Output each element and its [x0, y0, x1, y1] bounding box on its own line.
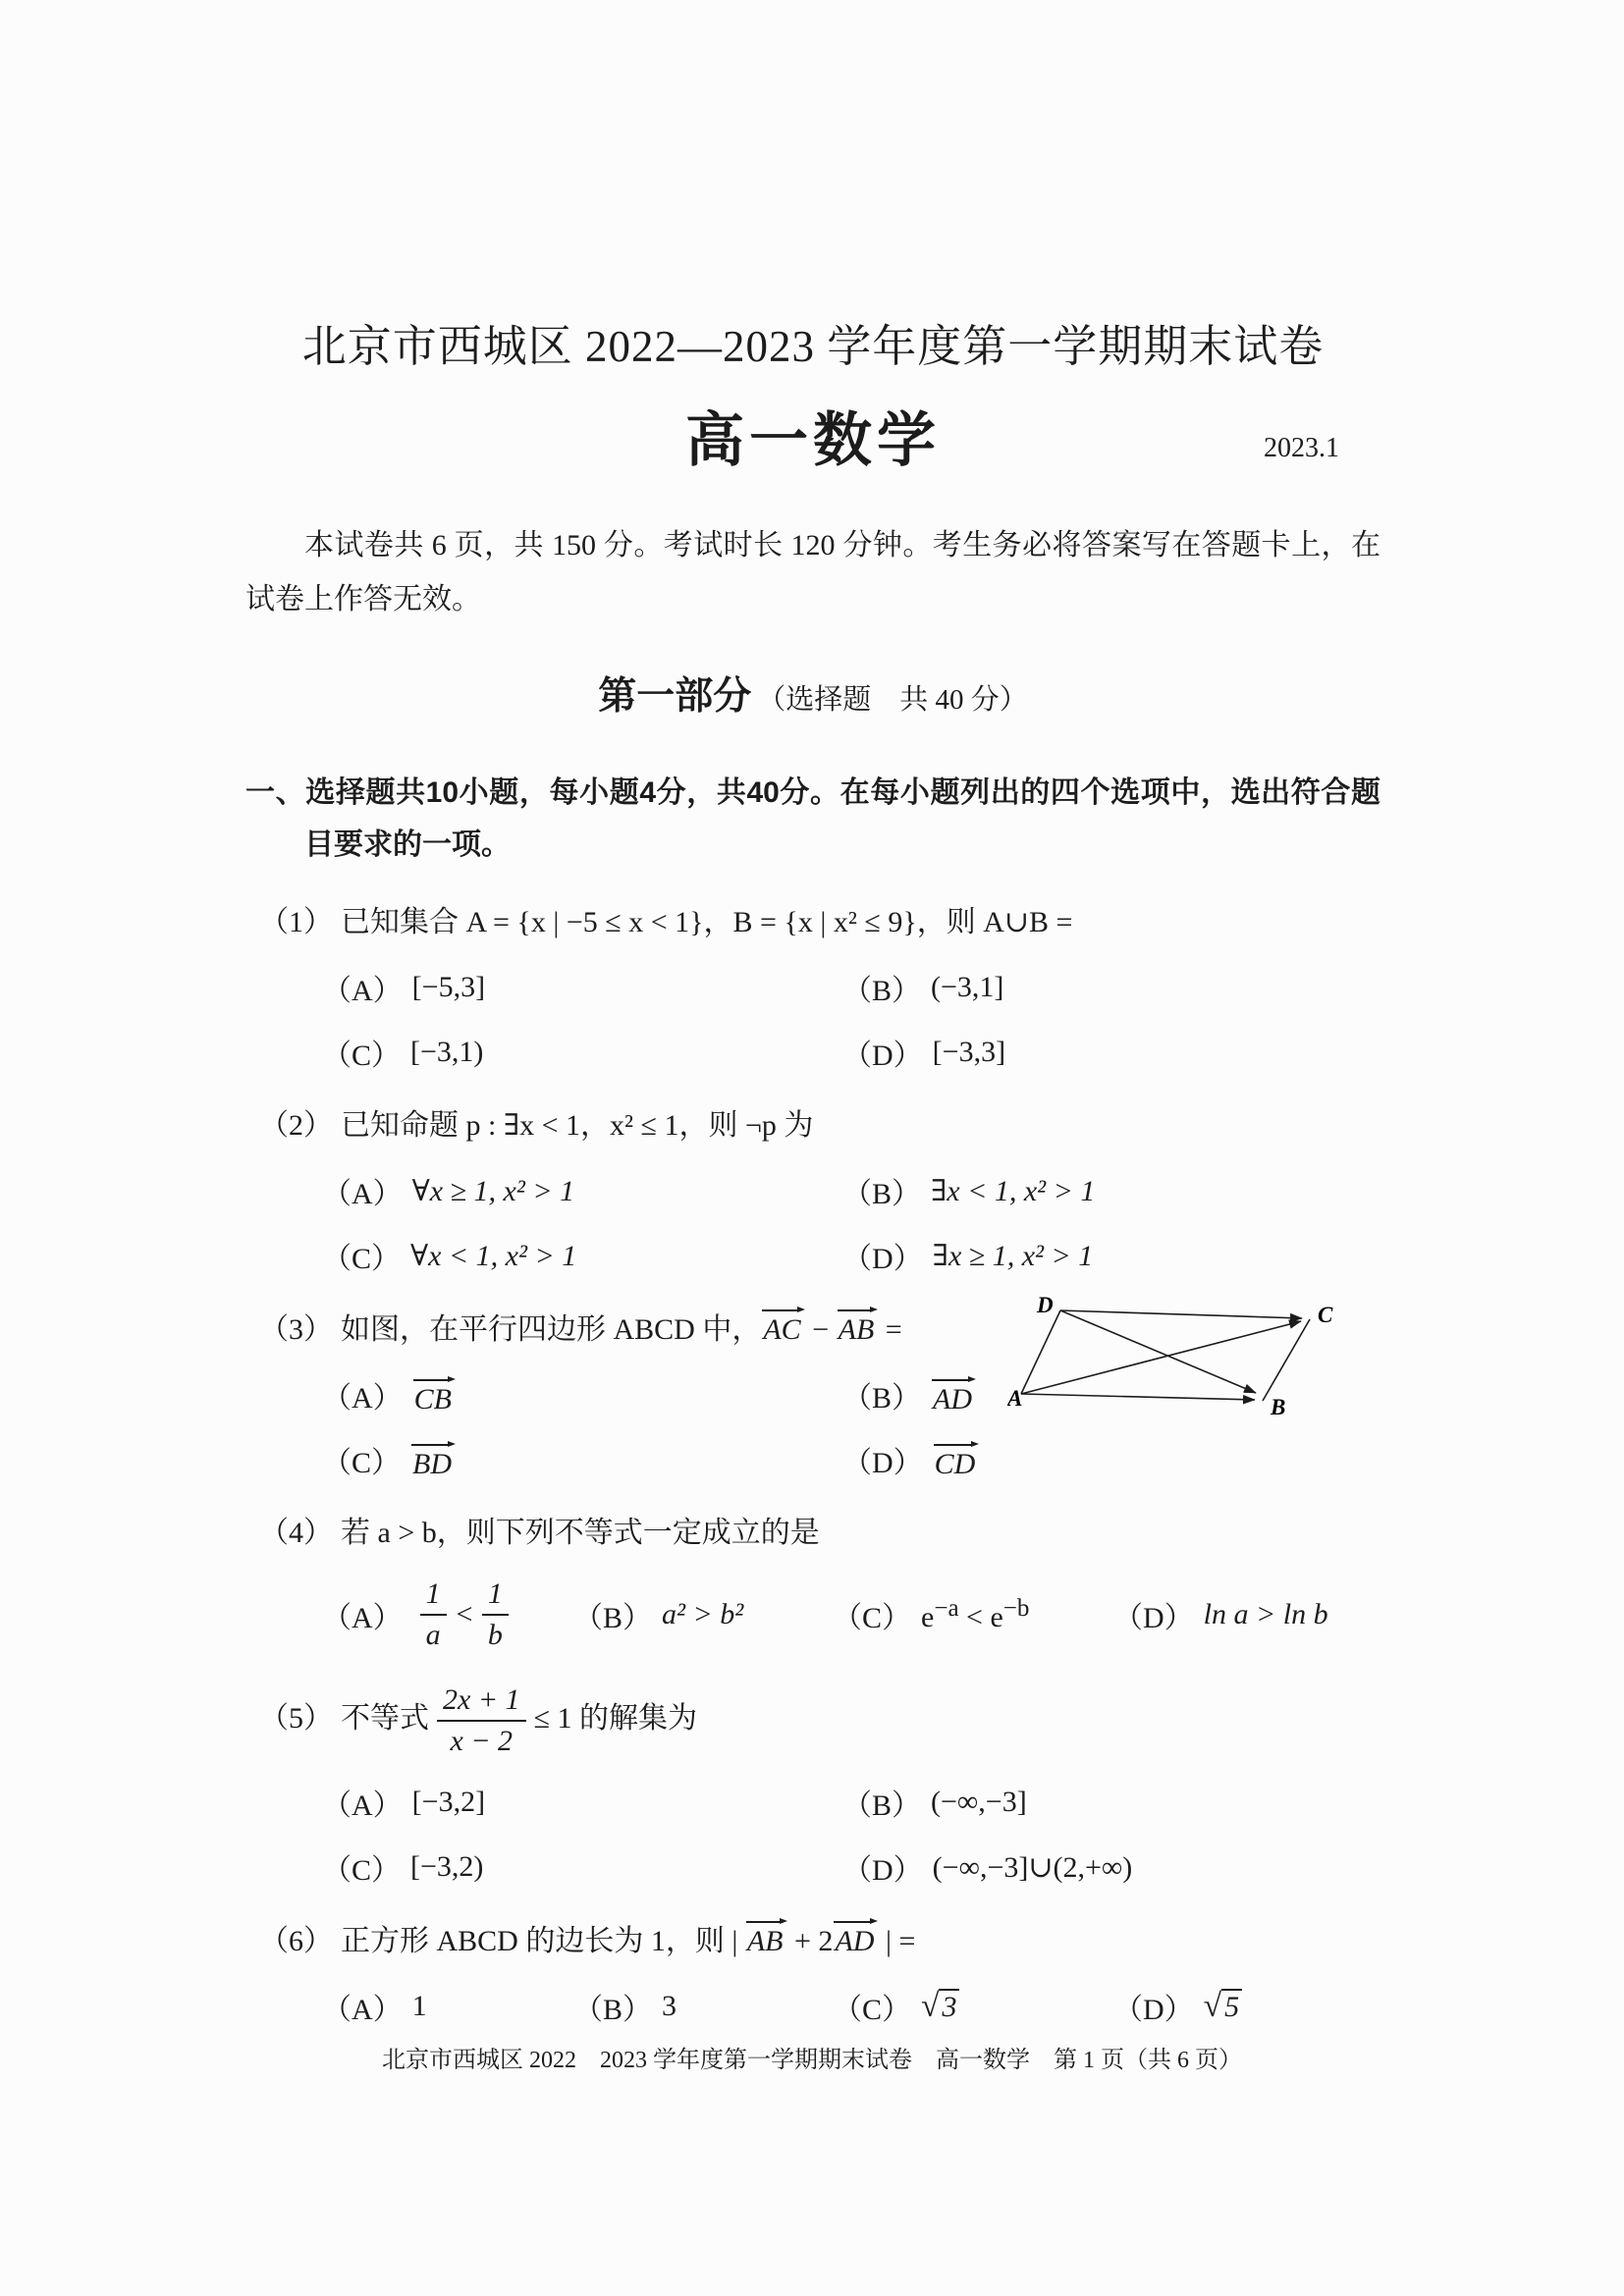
q3-option-c: （C）BD — [322, 1438, 842, 1481]
q5-option-d-value: (−∞,−3]∪(2,+∞) — [933, 1850, 1133, 1885]
less-than-sign: < — [455, 1598, 474, 1631]
section-subtitle: （选择题 共 40 分） — [757, 684, 1028, 716]
q2-option-b-value: ∃x < 1, x² > 1 — [931, 1174, 1095, 1208]
q3-option-a: （A）CB — [322, 1373, 842, 1416]
edge-AD — [1021, 1310, 1060, 1394]
question-6-text-mid: + 2 — [787, 1925, 834, 1957]
question-3: （3）如图，在平行四边形 ABCD 中，AC − AB = A B — [245, 1307, 1380, 1481]
question-6-text-pre: 正方形 ABCD 的边长为 1，则 | — [341, 1925, 745, 1957]
q2-option-b: （B）∃x < 1, x² > 1 — [842, 1169, 1363, 1212]
label-D: D — [1036, 1293, 1054, 1317]
question-1-number: （1） — [259, 906, 333, 938]
q2-option-b-label: （B） — [842, 1169, 921, 1212]
question-2-options: （A）∀x ≥ 1, x² > 1 （B）∃x < 1, x² > 1 （C）∀… — [259, 1148, 1380, 1277]
q2-option-d: （D）∃x ≥ 1, x² > 1 — [842, 1234, 1363, 1277]
q6-option-a-value: 1 — [412, 1990, 427, 2023]
q5-option-a-label: （A） — [322, 1781, 403, 1824]
q4-option-c-value: e−a < e−b — [921, 1595, 1029, 1634]
instruction-text: 选择题共10小题，每小题4分，共40分。在每小题列出的四个选项中，选出符合题目要… — [304, 776, 1380, 861]
section-title: 第一部分 — [598, 675, 751, 718]
q4-option-b-value: a² > b² — [662, 1598, 743, 1631]
q2-option-c-label: （C） — [322, 1234, 401, 1277]
vector-AB: AB — [837, 1307, 879, 1345]
q5-option-a-value: [−3,2] — [412, 1786, 485, 1819]
edge-BC — [1263, 1319, 1310, 1401]
question-6-stem: （6）正方形 ABCD 的边长为 1，则 | AB + 2AD | = — [259, 1918, 1380, 1963]
q4-option-d-value: ln a > ln b — [1204, 1598, 1328, 1631]
q2-option-a-value: ∀x ≥ 1, x² > 1 — [412, 1174, 574, 1208]
question-5-stem: （5）不等式2x + 1x − 2≤ 1 的解集为 — [259, 1682, 1380, 1759]
q3-option-c-label: （C） — [322, 1438, 401, 1481]
q1-option-c-value: [−3,1) — [410, 1036, 483, 1069]
q5-option-c: （C）[−3,2) — [322, 1845, 842, 1889]
q3-option-d-label: （D） — [842, 1438, 923, 1481]
question-6: （6）正方形 ABCD 的边长为 1，则 | AB + 2AD | = （A）1… — [245, 1918, 1380, 2028]
vector-AC: AC — [761, 1307, 804, 1345]
q6-option-b-label: （B） — [573, 1985, 652, 2028]
q3-option-d: （D）CD — [842, 1438, 1363, 1481]
question-4-stem: （4）若 a > b，则下列不等式一定成立的是 — [259, 1511, 1380, 1555]
question-4: （4）若 a > b，则下列不等式一定成立的是 （A） 1a < 1b （B）a… — [245, 1511, 1380, 1653]
q1-option-d-value: [−3,3] — [933, 1036, 1005, 1069]
question-1-text: 已知集合 A = {x | −5 ≤ x < 1}，B = {x | x² ≤ … — [341, 906, 1072, 938]
q6-option-d-label: （D） — [1113, 1985, 1194, 2028]
exam-subject: 高一数学 — [685, 394, 941, 478]
instruction-label: 一、 — [245, 776, 305, 809]
question-4-options: （A） 1a < 1b （B）a² > b² （C） e−a < e−b （D）… — [259, 1555, 1380, 1653]
q1-option-b-label: （B） — [842, 966, 921, 1009]
vector-CD: CD — [933, 1441, 980, 1479]
q2-option-d-value: ∃x ≥ 1, x² > 1 — [933, 1239, 1094, 1273]
q3-option-a-label: （A） — [322, 1373, 403, 1416]
sqrt-5: √5 — [1204, 1988, 1242, 2025]
exam-date: 2023.1 — [1264, 433, 1339, 464]
edge-DC-arrow — [1060, 1310, 1302, 1318]
exam-notice: 本试卷共 6 页，共 150 分。考试时长 120 分钟。考生务必将答案写在答题… — [245, 519, 1380, 626]
question-4-text: 若 a > b，则下列不等式一定成立的是 — [341, 1517, 820, 1549]
label-B: B — [1270, 1395, 1285, 1418]
equals-sign: = — [878, 1313, 901, 1346]
fraction-1-over-a: 1a — [420, 1576, 447, 1653]
fraction-1-over-b: 1b — [482, 1576, 509, 1653]
section-heading: 第一部分（选择题 共 40 分） — [245, 666, 1380, 721]
question-5: （5）不等式2x + 1x − 2≤ 1 的解集为 （A）[−3,2] （B）(… — [245, 1682, 1380, 1889]
radical-sign: √ — [921, 1988, 939, 2024]
q1-option-d-label: （D） — [842, 1031, 923, 1074]
q4-option-d-label: （D） — [1113, 1593, 1194, 1636]
q2-option-d-label: （D） — [842, 1234, 923, 1277]
question-2-stem: （2）已知命题 p : ∃x < 1，x² ≤ 1，则 ¬p 为 — [259, 1103, 1380, 1148]
q6-option-c-label: （C） — [833, 1985, 911, 2028]
minus-sign: − — [805, 1313, 837, 1346]
q4-option-a: （A） 1a < 1b — [322, 1576, 573, 1653]
part-one-instruction: 一、选择题共10小题，每小题4分，共40分。在每小题列出的四个选项中，选出符合题… — [245, 768, 1380, 871]
parallelogram-figure: A B C D — [1007, 1293, 1345, 1418]
q5-option-d-label: （D） — [842, 1845, 923, 1889]
q3-option-b-label: （B） — [842, 1373, 921, 1416]
q6-option-b-value: 3 — [662, 1990, 677, 2023]
q1-option-b: （B）(−3,1] — [842, 966, 1363, 1009]
q4-option-d: （D）ln a > ln b — [1113, 1593, 1328, 1636]
page-footer: 北京市西城区 2022 2023 学年度第一学期期末试卷 高一数学 第 1 页（… — [0, 2040, 1624, 2074]
label-C: C — [1318, 1303, 1333, 1327]
q5-option-b-value: (−∞,−3] — [931, 1786, 1027, 1819]
edge-AB-arrow — [1021, 1394, 1255, 1400]
q4-option-b: （B）a² > b² — [573, 1593, 833, 1636]
q1-option-a-value: [−5,3] — [412, 971, 485, 1004]
question-2: （2）已知命题 p : ∃x < 1，x² ≤ 1，则 ¬p 为 （A）∀x ≥… — [245, 1103, 1380, 1277]
exam-content: 北京市西城区 2022—2023 学年度第一学期期末试卷 高一数学 2023.1… — [245, 310, 1380, 2028]
question-1-stem: （1）已知集合 A = {x | −5 ≤ x < 1}，B = {x | x²… — [259, 900, 1380, 944]
exam-page: 北京市西城区 2022—2023 学年度第一学期期末试卷 高一数学 2023.1… — [0, 0, 1624, 2296]
q5-option-c-value: [−3,2) — [410, 1850, 483, 1884]
q5-option-b: （B）(−∞,−3] — [842, 1781, 1363, 1824]
question-2-text: 已知命题 p : ∃x < 1，x² ≤ 1，则 ¬p 为 — [341, 1109, 813, 1142]
question-5-number: （5） — [259, 1702, 333, 1735]
q2-option-a: （A）∀x ≥ 1, x² > 1 — [322, 1169, 842, 1212]
q1-option-b-value: (−3,1] — [931, 971, 1003, 1004]
q6-option-a-label: （A） — [322, 1985, 403, 2028]
question-1: （1）已知集合 A = {x | −5 ≤ x < 1}，B = {x | x²… — [245, 900, 1380, 1074]
q6-option-b: （B）3 — [573, 1985, 833, 2028]
q2-option-c: （C）∀x < 1, x² > 1 — [322, 1234, 842, 1277]
q1-option-c-label: （C） — [322, 1031, 401, 1074]
q2-option-a-label: （A） — [322, 1169, 403, 1212]
q6-option-a: （A）1 — [322, 1985, 573, 2028]
label-A: A — [1007, 1386, 1022, 1411]
vector-CB: CB — [412, 1376, 456, 1415]
q4-option-b-label: （B） — [573, 1593, 652, 1636]
q1-option-c: （C）[−3,1) — [322, 1031, 842, 1074]
diagonal-AC-arrow — [1021, 1321, 1301, 1394]
question-4-number: （4） — [259, 1517, 333, 1549]
q5-option-a: （A）[−3,2] — [322, 1781, 842, 1824]
q5-option-d: （D）(−∞,−3]∪(2,+∞) — [842, 1845, 1363, 1889]
q1-option-a: （A）[−5,3] — [322, 966, 842, 1009]
q5-option-c-label: （C） — [322, 1845, 401, 1889]
q6-option-d: （D）√5 — [1113, 1985, 1242, 2028]
question-6-text-post: | = — [878, 1925, 915, 1957]
question-3-text: 如图，在平行四边形 ABCD 中， — [341, 1313, 761, 1346]
vector-AD-q6: AD — [833, 1918, 878, 1956]
q4-option-c: （C） e−a < e−b — [833, 1593, 1113, 1636]
vector-AD: AD — [931, 1376, 976, 1415]
q4-option-c-label: （C） — [833, 1593, 911, 1636]
question-1-options: （A）[−5,3] （B）(−3,1] （C）[−3,1) （D）[−3,3] — [259, 944, 1380, 1074]
vector-AB-q6: AB — [745, 1918, 787, 1956]
radical-sign: √ — [1204, 1988, 1221, 2024]
vector-BD: BD — [410, 1441, 456, 1479]
question-5-options: （A）[−3,2] （B）(−∞,−3] （C）[−3,2) （D）(−∞,−3… — [259, 1759, 1380, 1889]
question-3-number: （3） — [259, 1313, 333, 1346]
sqrt-3: √3 — [921, 1988, 959, 2025]
question-6-options: （A）1 （B）3 （C）√3 （D）√5 — [259, 1963, 1380, 2028]
fraction-2x1-over-x2: 2x + 1x − 2 — [437, 1682, 526, 1759]
question-5-text-post: ≤ 1 的解集为 — [534, 1702, 697, 1735]
subtitle-row: 高一数学 2023.1 — [245, 394, 1380, 468]
page-title: 北京市西城区 2022—2023 学年度第一学期期末试卷 — [245, 310, 1380, 374]
q2-option-c-value: ∀x < 1, x² > 1 — [410, 1239, 576, 1273]
q6-option-c: （C）√3 — [833, 1985, 1113, 2028]
question-6-number: （6） — [259, 1925, 333, 1957]
q4-option-a-label: （A） — [322, 1593, 403, 1636]
diagonal-DB-arrow — [1060, 1310, 1256, 1393]
q5-option-b-label: （B） — [842, 1781, 921, 1824]
q1-option-d: （D）[−3,3] — [842, 1031, 1363, 1074]
question-5-text-pre: 不等式 — [341, 1702, 429, 1735]
q1-option-a-label: （A） — [322, 966, 403, 1009]
question-2-number: （2） — [259, 1109, 333, 1142]
